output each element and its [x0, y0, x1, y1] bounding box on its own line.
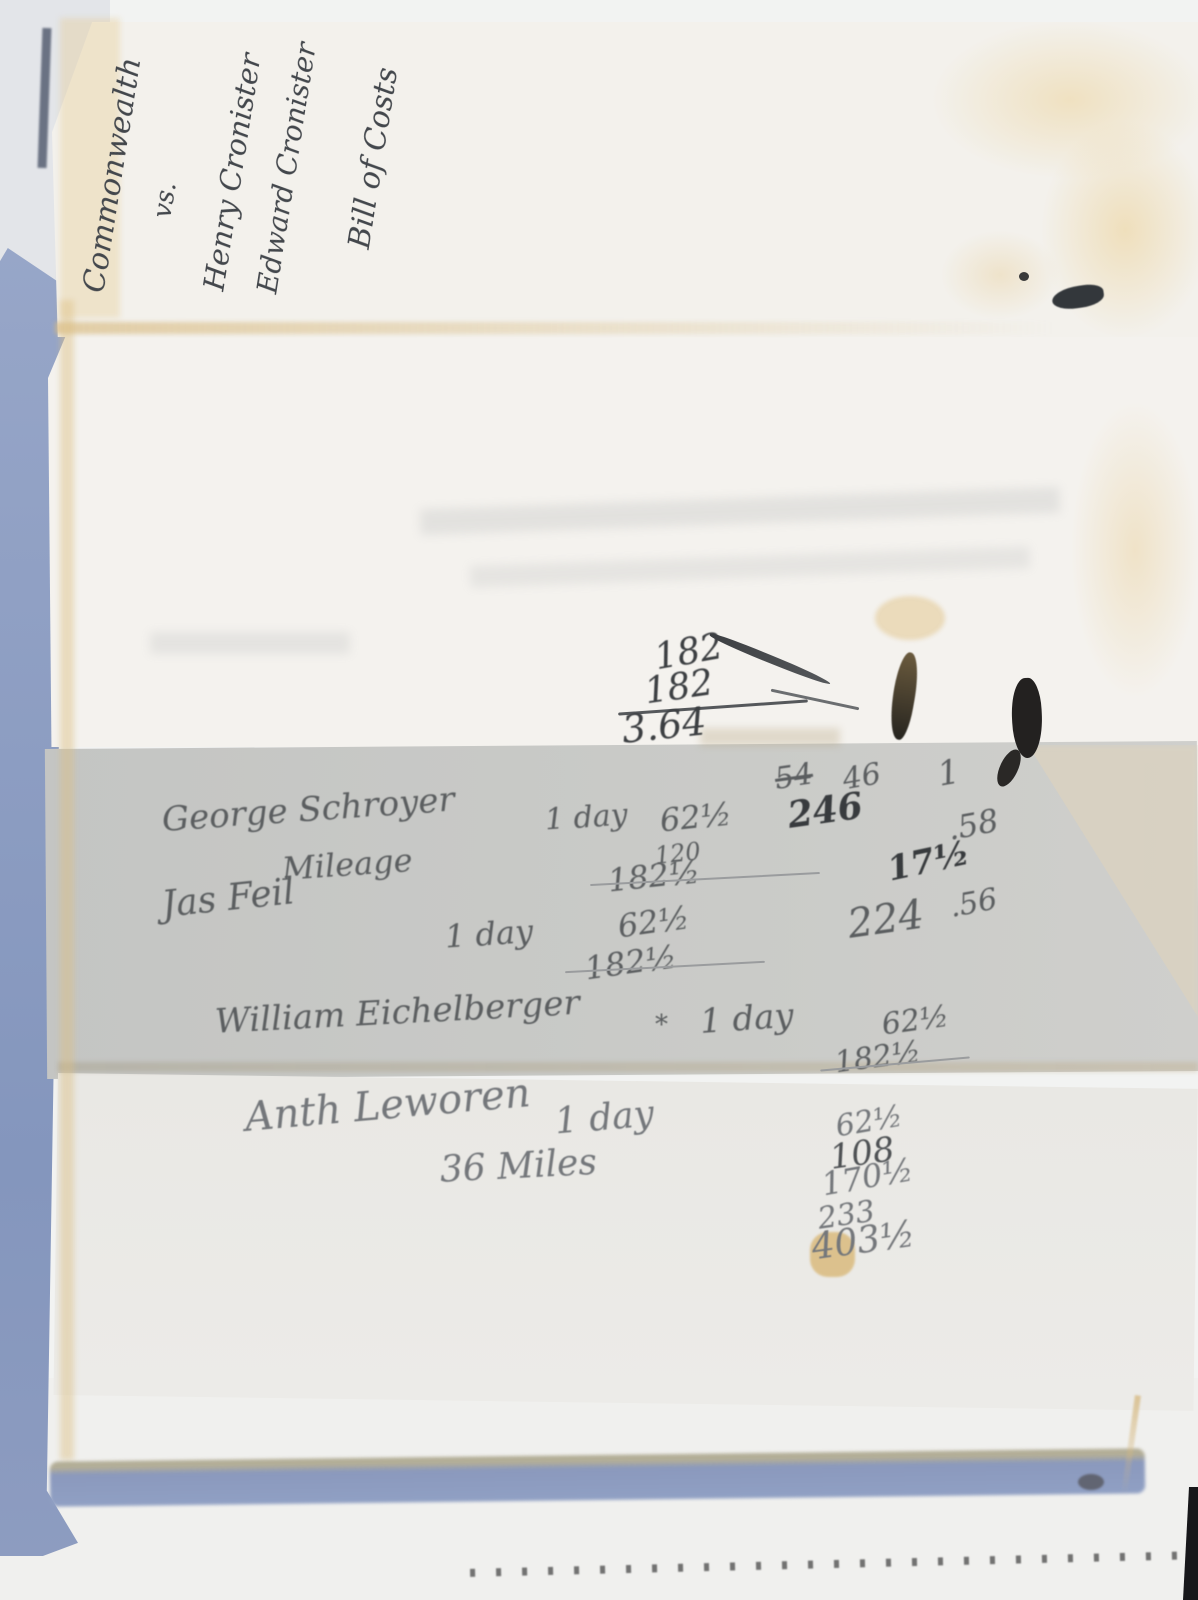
fee-row3-days: 1 day [444, 912, 535, 956]
stain-right-middle [1070, 400, 1198, 700]
ink-dot [1019, 272, 1029, 281]
fee-row4-days: 1 day [699, 996, 795, 1042]
fee-row1-rate: 62½ [658, 795, 733, 840]
speck-bottom-right [1078, 1474, 1104, 1490]
lower-miles: 36 Miles [439, 1142, 598, 1191]
lower-days: 1 day [553, 1093, 655, 1142]
bleedthrough-smudge-4 [700, 728, 840, 746]
fold-crease-lower [58, 1062, 1198, 1072]
stain-small-middle [875, 596, 945, 640]
document-photograph: Commonwealth vs. Henry Cronister Edward … [0, 0, 1198, 1600]
bleedthrough-smudge-3 [150, 632, 350, 654]
fee-row4-mark: * [655, 1010, 668, 1040]
sum-total: 3.64 [620, 699, 709, 752]
paper-left-yellow-edge [60, 300, 74, 1460]
stain-top-right-c [940, 230, 1060, 320]
fee-row1-days: 1 day [544, 797, 629, 838]
